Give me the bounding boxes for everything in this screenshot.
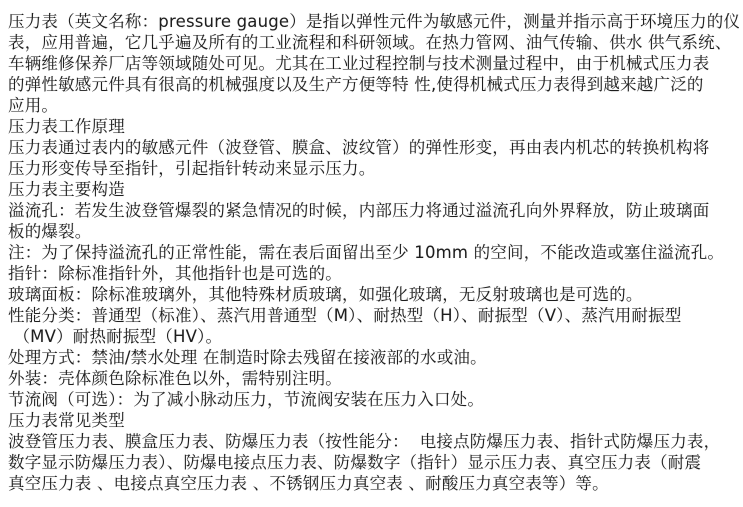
text-line: 性能分类：普通型（标准）、蒸汽用普通型（M）、耐热型（H）、耐振型（V）、蒸汽用… — [8, 305, 739, 326]
document-page: 压力表（英文名称：pressure gauge）是指以弹性元件为敏感元件，测量并… — [0, 0, 743, 507]
text-line: 处理方式：禁油/禁水处理 在制造时除去残留在接液部的水或油。 — [8, 347, 739, 368]
section-common-types: 压力表常见类型 波登管压力表、膜盒压力表、防爆压力表（按性能分： 电接点防爆压力… — [8, 410, 739, 494]
text-line: 玻璃面板：除标准玻璃外，其他特殊材质玻璃，如强化玻璃，无反射玻璃也是可选的。 — [8, 284, 739, 305]
text-line: 车辆维修保养厂店等领域随处可见。尤其在工业过程控制与技术测量过程中，由于机械式压… — [8, 53, 739, 74]
text-line: 指针：除标准指针外，其他指针也是可选的。 — [8, 263, 739, 284]
text-line: 波登管压力表、膜盒压力表、防爆压力表（按性能分： 电接点防爆压力表、指针式防爆压… — [8, 431, 739, 452]
text-line: 注：为了保持溢流孔的正常性能，需在表后面留出至少 10mm 的空间，不能改造或塞… — [8, 242, 739, 263]
text-line: 应用。 — [8, 95, 739, 116]
text-line: 数字显示防爆压力表）、防爆电接点压力表、防爆数字（指针）显示压力表、真空压力表（… — [8, 452, 739, 473]
text-line: 溢流孔：若发生波登管爆裂的紧急情况的时候，内部压力将通过溢流孔向外界释放，防止玻… — [8, 200, 739, 221]
text-line: 外装：壳体颜色除标准色以外，需特别注明。 — [8, 368, 739, 389]
text-line: 节流阀（可选）：为了减小脉动压力，节流阀安装在压力入口处。 — [8, 389, 739, 410]
section-intro: 压力表（英文名称：pressure gauge）是指以弹性元件为敏感元件，测量并… — [8, 11, 739, 116]
text-line: 压力形变传导至指针，引起指针转动来显示压力。 — [8, 158, 739, 179]
section-heading-structure: 压力表主要构造 — [8, 179, 739, 200]
text-line: 的弹性敏感元件具有很高的机械强度以及生产方便等特 性,使得机械式压力表得到越来越… — [8, 74, 739, 95]
text-line: 压力表通过表内的敏感元件（波登管、膜盒、波纹管）的弹性形变，再由表内机芯的转换机… — [8, 137, 739, 158]
section-structure: 压力表主要构造 溢流孔：若发生波登管爆裂的紧急情况的时候，内部压力将通过溢流孔向… — [8, 179, 739, 410]
text-line: 板的爆裂。 — [8, 221, 739, 242]
section-working-principle: 压力表工作原理 压力表通过表内的敏感元件（波登管、膜盒、波纹管）的弹性形变，再由… — [8, 116, 739, 179]
section-heading-working-principle: 压力表工作原理 — [8, 116, 739, 137]
text-line: 表，应用普遍，它几乎遍及所有的工业流程和科研领域。在热力管网、油气传输、供水 供… — [8, 32, 739, 53]
text-line: 压力表（英文名称：pressure gauge）是指以弹性元件为敏感元件，测量并… — [8, 11, 739, 32]
text-line: 真空压力表 、电接点真空压力表 、不锈钢压力真空表 、耐酸压力真空表等）等。 — [8, 473, 739, 494]
text-line: （MV）耐热耐振型（HV）。 — [8, 326, 739, 347]
section-heading-common-types: 压力表常见类型 — [8, 410, 739, 431]
